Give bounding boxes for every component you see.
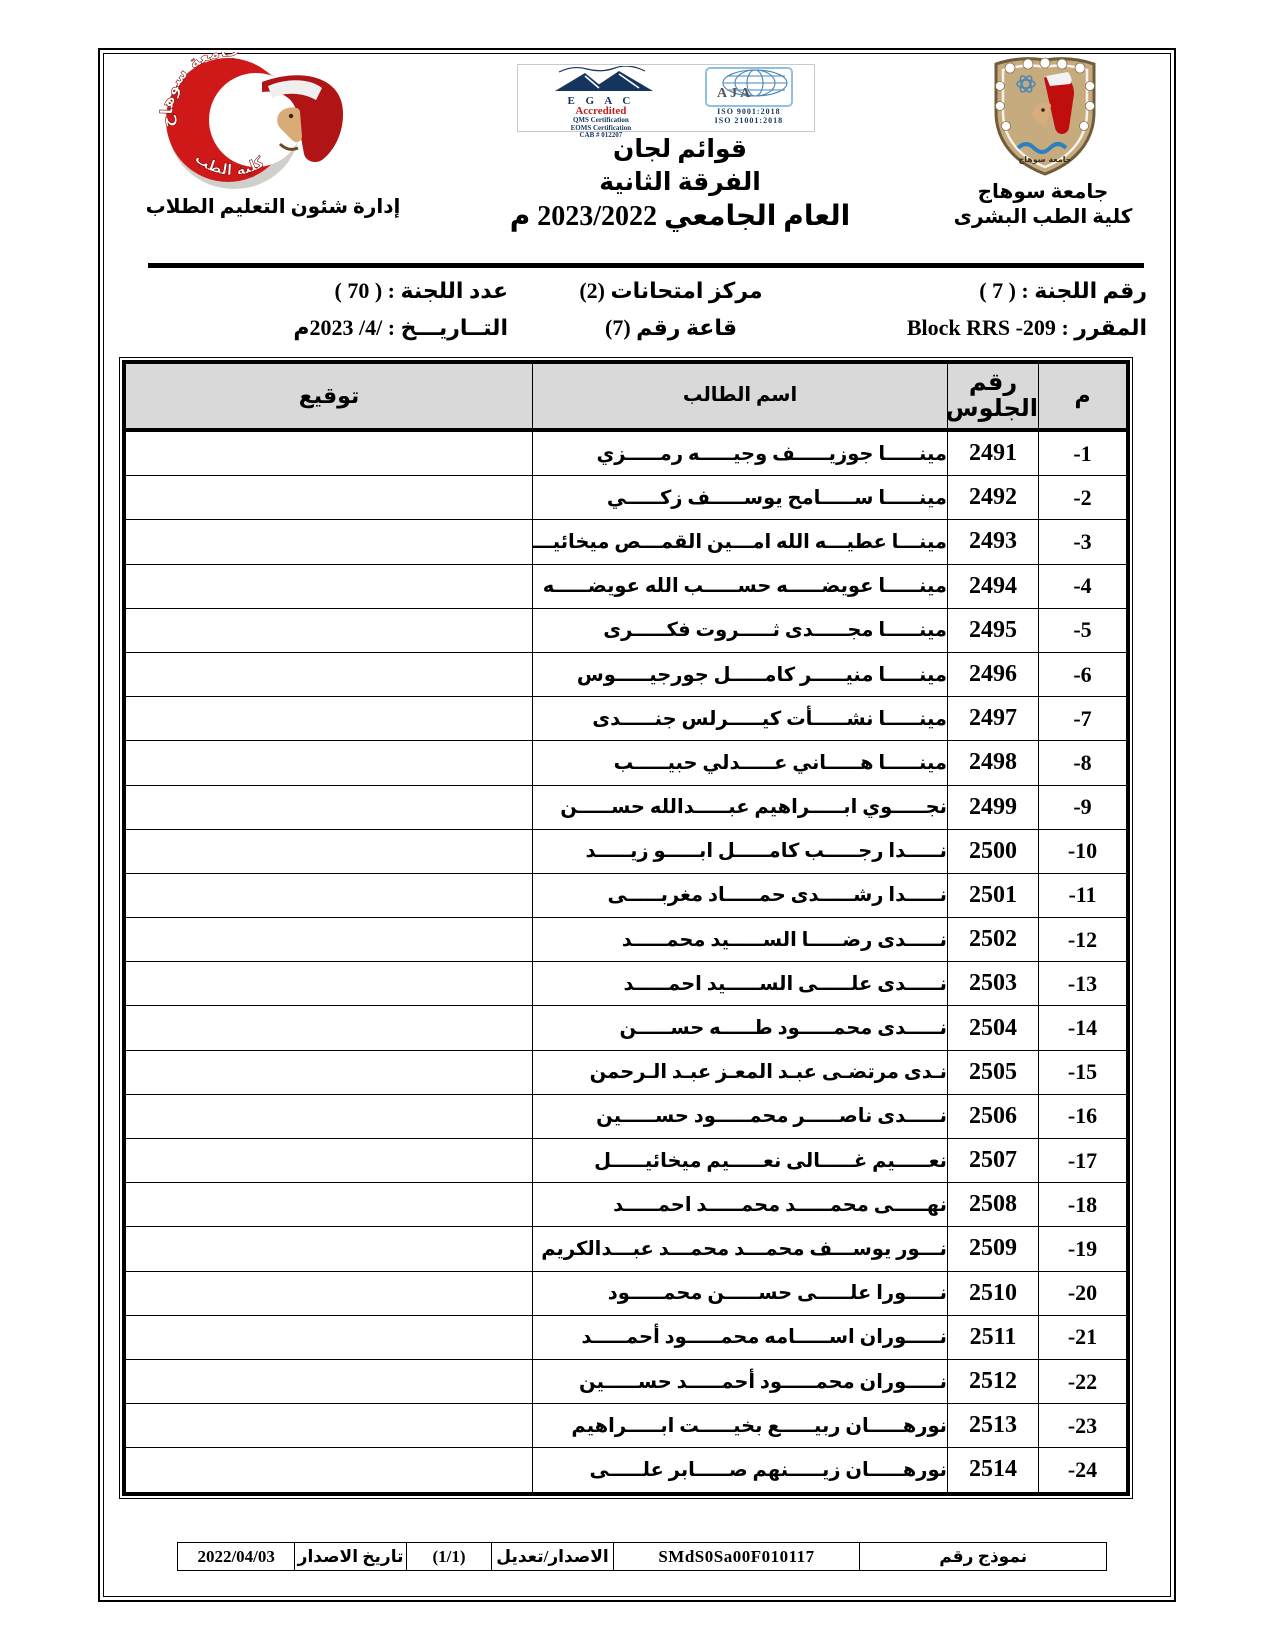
table-row: 9- 2499 نجـــــوي ابـــــراهيم عبـــــدا… (124, 785, 1128, 829)
exam-center: مركز امتحانات (2) (540, 272, 802, 309)
signature-cell (124, 785, 533, 829)
row-number: 7- (1039, 697, 1129, 741)
title-academic-year: العام الجامعي 2023/2022 م (390, 199, 970, 235)
table-row: 14- 2504 نـــــدى محمـــــود طـــــه حسـ… (124, 1006, 1128, 1050)
exam-date: التــاريـــخ : /4/ 2023م (180, 309, 508, 346)
table-row: 5- 2495 مينـــــا مجـــــدى ثـــــروت فك… (124, 608, 1128, 652)
student-name: نـــــوران اســـــامه محمـــــود أحمــــ… (533, 1315, 948, 1359)
row-number: 13- (1039, 962, 1129, 1006)
seat-number: 2499 (948, 785, 1039, 829)
row-number: 12- (1039, 918, 1129, 962)
seat-number: 2495 (948, 608, 1039, 652)
student-table-body: 1- 2491 مينـــــا جوزيـــــف وجيـــــه ر… (124, 430, 1128, 1494)
row-number: 3- (1039, 520, 1129, 564)
table-header-row: م رقم الجلوس اسم الطالب توقيع (124, 362, 1128, 430)
header-student-name: اسم الطالب (533, 362, 948, 430)
accreditation-box: E G A C Accredited QMS Certification EOM… (517, 64, 815, 132)
form-code: SMdS0Sa00F010117 (613, 1543, 860, 1570)
signature-cell (124, 1448, 533, 1494)
table-row: 13- 2503 نـــــدى علـــــى الســـــيد اح… (124, 962, 1128, 1006)
signature-cell (124, 564, 533, 608)
signature-cell (124, 1315, 533, 1359)
table-row: 22- 2512 نـــــوران محمـــــود أحمـــــد… (124, 1359, 1128, 1403)
row-number: 15- (1039, 1050, 1129, 1094)
seat-number: 2510 (948, 1271, 1039, 1315)
student-name: مينـــــا جوزيـــــف وجيـــــه رمـــــزي (533, 430, 948, 476)
row-number: 16- (1039, 1094, 1129, 1138)
student-table: م رقم الجلوس اسم الطالب توقيع 1- 2491 مي… (122, 360, 1130, 1496)
student-name: نـــــدى علـــــى الســـــيد احمـــــد (533, 962, 948, 1006)
signature-cell (124, 520, 533, 564)
table-row: 23- 2513 نورهـــــان ربيـــــع بخيـــــت… (124, 1404, 1128, 1448)
table-row: 2- 2492 مينـــــا ســـــامح يوســـــف زك… (124, 476, 1128, 520)
table-row: 17- 2507 نعـــــيم غـــــالى نعـــــيم م… (124, 1139, 1128, 1183)
student-name: مينـــــا مجـــــدى ثـــــروت فكـــــرى (533, 608, 948, 652)
seat-number: 2497 (948, 697, 1039, 741)
faculty-crescent-logo-icon: جامعة سوهاج كلية الطب (150, 52, 392, 190)
signature-cell (124, 430, 533, 476)
seat-number: 2514 (948, 1448, 1039, 1494)
signature-cell (124, 1139, 533, 1183)
committee-number: رقم اللجنة : ( 7 ) (907, 272, 1147, 309)
table-row: 1- 2491 مينـــــا جوزيـــــف وجيـــــه ر… (124, 430, 1128, 476)
seat-number: 2509 (948, 1227, 1039, 1271)
header-row-number: م (1039, 362, 1129, 430)
course-name: المقرر : Block RRS -209 (907, 309, 1147, 346)
issue-label: الاصدار/تعديل (491, 1543, 612, 1570)
aja-iso1: ISO 9001:2018 (684, 107, 814, 116)
info-right-column: رقم اللجنة : ( 7 ) المقرر : Block RRS -2… (907, 272, 1147, 346)
signature-cell (124, 697, 533, 741)
signature-cell (124, 1227, 533, 1271)
title-year-group: الفرقة الثانية (390, 166, 970, 199)
student-name: مينـــــا منيـــــر كامـــــل جورجيـــــ… (533, 652, 948, 696)
signature-cell (124, 741, 533, 785)
student-name: مينـــــا ســـــامح يوســـــف زكـــــي (533, 476, 948, 520)
student-table-wrapper: م رقم الجلوس اسم الطالب توقيع 1- 2491 مي… (119, 357, 1133, 1499)
header-divider-line (148, 263, 1144, 268)
row-number: 17- (1039, 1139, 1129, 1183)
student-name: نورهـــــان زيـــــنهم صـــــابر علـــــ… (533, 1448, 948, 1494)
document-page: جامعة سوهاج كلية الطب إدارة شئون التعليم… (0, 0, 1275, 1650)
seat-number: 2506 (948, 1094, 1039, 1138)
student-name: نجـــــوي ابـــــراهيم عبـــــدالله حســ… (533, 785, 948, 829)
student-name: نهـــــى محمـــــد محمـــــد احمـــــد (533, 1183, 948, 1227)
hall-number: قاعة رقم (7) (540, 309, 802, 346)
seat-number: 2508 (948, 1183, 1039, 1227)
signature-cell (124, 873, 533, 917)
form-number-label: نموذج رقم (859, 1543, 1106, 1570)
student-name: نعـــــيم غـــــالى نعـــــيم ميخائيــــ… (533, 1139, 948, 1183)
aja-name: AJA (717, 86, 753, 101)
document-titles: قوائم لجان الفرقة الثانية العام الجامعي … (390, 134, 970, 235)
row-number: 21- (1039, 1315, 1129, 1359)
seat-number: 2504 (948, 1006, 1039, 1050)
seat-number: 2511 (948, 1315, 1039, 1359)
table-row: 18- 2508 نهـــــى محمـــــد محمـــــد اح… (124, 1183, 1128, 1227)
signature-cell (124, 1050, 533, 1094)
student-name: نـدى مرتضـى عبـد المعـز عبـد الـرحمن (533, 1050, 948, 1094)
student-name: نـــور يوســـف محمـــد محمـــد عبـــدالك… (533, 1227, 948, 1271)
table-row: 16- 2506 نـــــدى ناصـــــر محمـــــود ح… (124, 1094, 1128, 1138)
signature-cell (124, 1359, 533, 1403)
aja-globe-box: AJA (705, 67, 793, 107)
row-number: 9- (1039, 785, 1129, 829)
seat-number: 2493 (948, 520, 1039, 564)
seat-number: 2492 (948, 476, 1039, 520)
row-number: 4- (1039, 564, 1129, 608)
aja-globe-icon: AJA (709, 69, 789, 101)
seat-number: 2496 (948, 652, 1039, 696)
aja-logo: AJA ISO 9001:2018 ISO 21001:2018 (684, 65, 814, 131)
table-row: 24- 2514 نورهـــــان زيـــــنهم صـــــاب… (124, 1448, 1128, 1494)
table-row: 12- 2502 نـــــدى رضـــــا الســـــيد مح… (124, 918, 1128, 962)
student-name: نـــــوران محمـــــود أحمـــــد حســـــي… (533, 1359, 948, 1403)
info-left-column: عدد اللجنة : ( 70 ) التــاريـــخ : /4/ 2… (180, 272, 508, 346)
signature-cell (124, 829, 533, 873)
signature-cell (124, 1183, 533, 1227)
table-row: 3- 2493 مينـــا عطيـــه الله امـــين الق… (124, 520, 1128, 564)
student-name: نـــــورا علـــــى حســـــن محمـــــود (533, 1271, 948, 1315)
signature-cell (124, 476, 533, 520)
table-row: 11- 2501 نـــــدا رشـــــدى حمـــــاد مغ… (124, 873, 1128, 917)
table-row: 10- 2500 نـــــدا رجـــــب كامـــــل ابـ… (124, 829, 1128, 873)
title-committee-lists: قوائم لجان (390, 134, 970, 166)
row-number: 19- (1039, 1227, 1129, 1271)
seat-number: 2512 (948, 1359, 1039, 1403)
student-name: نـــــدا رجـــــب كامـــــل ابـــــو زيـ… (533, 829, 948, 873)
row-number: 1- (1039, 430, 1129, 476)
issue-date-value: 2022/04/03 (178, 1543, 294, 1570)
signature-cell (124, 962, 533, 1006)
table-row: 19- 2509 نـــور يوســـف محمـــد محمـــد … (124, 1227, 1128, 1271)
seat-number: 2513 (948, 1404, 1039, 1448)
table-row: 8- 2498 مينـــــا هـــــاني عـــــدلي حب… (124, 741, 1128, 785)
student-name: نـــــدا رشـــــدى حمـــــاد مغربـــــى (533, 873, 948, 917)
seat-number: 2505 (948, 1050, 1039, 1094)
signature-cell (124, 1404, 533, 1448)
issue-date-label: تاريخ الاصدار (294, 1543, 405, 1570)
signature-cell (124, 1006, 533, 1050)
table-row: 6- 2496 مينـــــا منيـــــر كامـــــل جو… (124, 652, 1128, 696)
row-number: 22- (1039, 1359, 1129, 1403)
egac-mountains-icon (541, 66, 661, 92)
egac-logo: E G A C Accredited QMS Certification EOM… (518, 65, 684, 131)
aja-iso2: ISO 21001:2018 (684, 116, 814, 125)
row-number: 23- (1039, 1404, 1129, 1448)
student-name: مينـــا عطيـــه الله امـــين القمـــص مي… (533, 520, 948, 564)
row-number: 11- (1039, 873, 1129, 917)
signature-cell (124, 652, 533, 696)
seat-number: 2501 (948, 873, 1039, 917)
table-row: 21- 2511 نـــــوران اســـــامه محمـــــو… (124, 1315, 1128, 1359)
table-row: 15- 2505 نـدى مرتضـى عبـد المعـز عبـد ال… (124, 1050, 1128, 1094)
row-number: 8- (1039, 741, 1129, 785)
seat-number: 2494 (948, 564, 1039, 608)
seat-number: 2507 (948, 1139, 1039, 1183)
row-number: 6- (1039, 652, 1129, 696)
student-name: نـــــدى ناصـــــر محمـــــود حســـــين (533, 1094, 948, 1138)
student-name: نـــــدى رضـــــا الســـــيد محمـــــد (533, 918, 948, 962)
row-number: 5- (1039, 608, 1129, 652)
student-name: مينـــــا عويضـــــه حســـــب الله عويضـ… (533, 564, 948, 608)
row-number: 18- (1039, 1183, 1129, 1227)
university-shield-logo-icon: جامعة سوهاج (988, 56, 1102, 178)
row-number: 20- (1039, 1271, 1129, 1315)
signature-cell (124, 1094, 533, 1138)
student-name: مينـــــا نشـــــأت كيـــــرلس جنـــــدى (533, 697, 948, 741)
seat-number: 2503 (948, 962, 1039, 1006)
student-name: مينـــــا هـــــاني عـــــدلي حبيـــــب (533, 741, 948, 785)
header-signature: توقيع (124, 362, 533, 430)
seat-number: 2502 (948, 918, 1039, 962)
seat-number: 2500 (948, 829, 1039, 873)
student-name: نـــــدى محمـــــود طـــــه حســـــن (533, 1006, 948, 1050)
seat-number: 2491 (948, 430, 1039, 476)
committee-count: عدد اللجنة : ( 70 ) (180, 272, 508, 309)
table-row: 4- 2494 مينـــــا عويضـــــه حســـــب ال… (124, 564, 1128, 608)
footer-table: نموذج رقم SMdS0Sa00F010117 الاصدار/تعديل… (177, 1542, 1107, 1571)
shield-banner-text: جامعة سوهاج (1018, 155, 1071, 164)
signature-cell (124, 1271, 533, 1315)
signature-cell (124, 608, 533, 652)
row-number: 24- (1039, 1448, 1129, 1494)
seat-number: 2498 (948, 741, 1039, 785)
header-seat-number: رقم الجلوس (948, 362, 1039, 430)
student-name: نورهـــــان ربيـــــع بخيـــــت ابـــــر… (533, 1404, 948, 1448)
row-number: 14- (1039, 1006, 1129, 1050)
table-row: 20- 2510 نـــــورا علـــــى حســـــن محم… (124, 1271, 1128, 1315)
row-number: 10- (1039, 829, 1129, 873)
signature-cell (124, 918, 533, 962)
table-row: 7- 2497 مينـــــا نشـــــأت كيـــــرلس ج… (124, 697, 1128, 741)
issue-value: (1/1) (406, 1543, 492, 1570)
info-center-column: مركز امتحانات (2) قاعة رقم (7) (540, 272, 802, 346)
administration-label: إدارة شئون التعليم الطلاب (128, 194, 418, 219)
row-number: 2- (1039, 476, 1129, 520)
